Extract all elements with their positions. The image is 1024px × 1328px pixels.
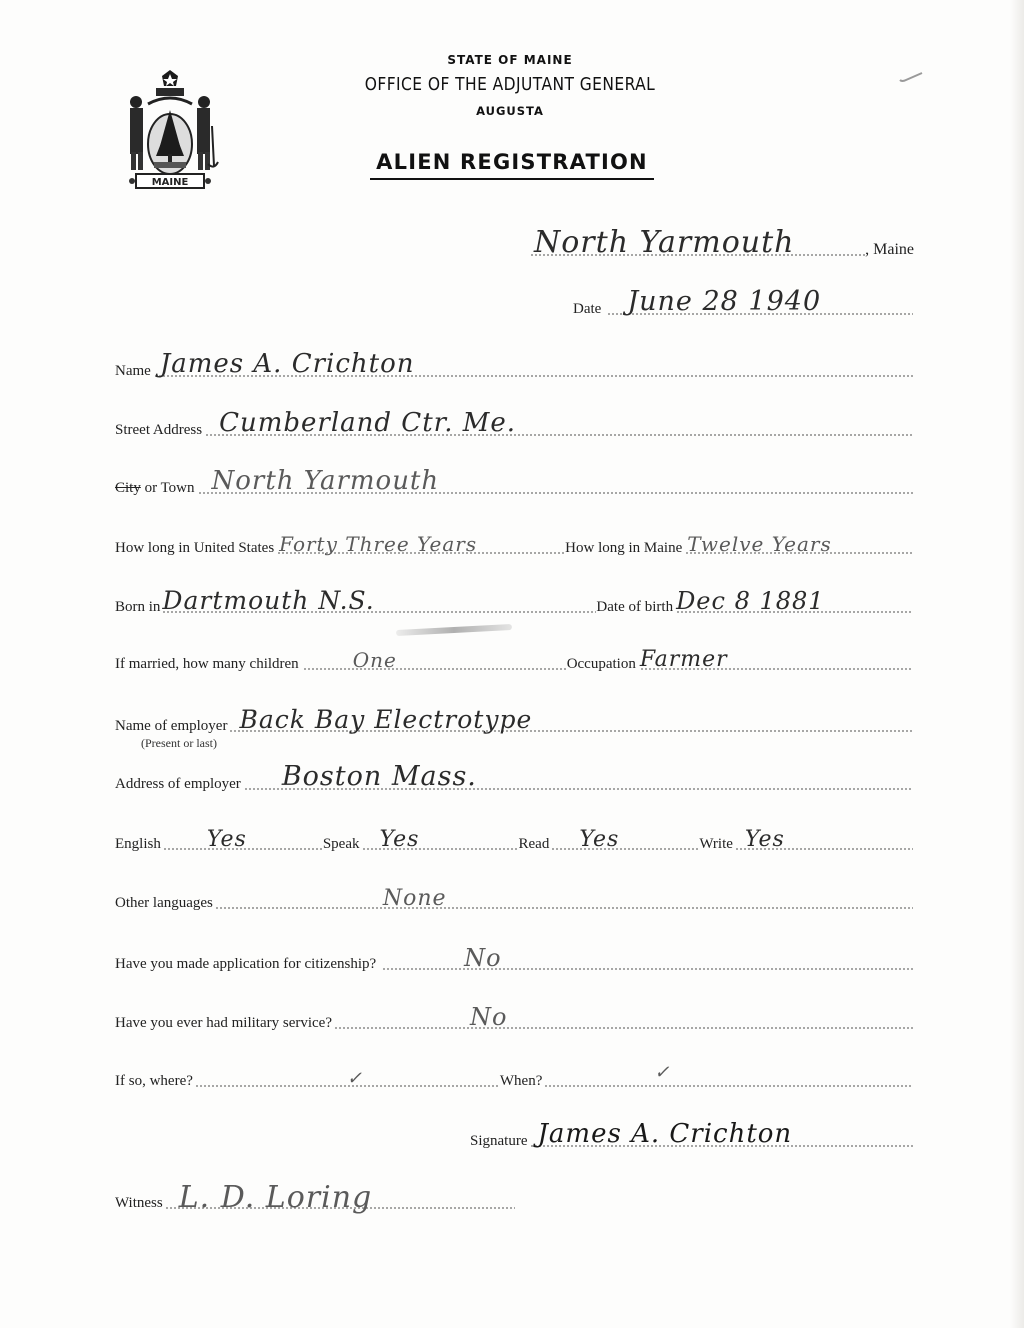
header-state: STATE OF MAINE <box>340 53 680 67</box>
street-address-label: Street Address <box>115 423 202 438</box>
signature-value: James A. Crichton <box>538 1119 793 1149</box>
children-value: One <box>353 648 397 672</box>
date-of-birth-value: Dec 8 1881 <box>676 587 825 615</box>
write-value: Yes <box>745 827 785 852</box>
how-long-maine-value: Twelve Years <box>687 532 832 556</box>
citizenship-field[interactable]: No <box>382 968 913 970</box>
where-when-row: If so, where? ✓ When? ✓ <box>115 1074 913 1089</box>
military-service-label: Have you ever had military service? <box>115 1016 332 1031</box>
children-label: If married, how many children <box>115 657 299 672</box>
citizenship-label: Have you made application for citizenshi… <box>115 957 376 972</box>
date-value: June 28 1940 <box>627 286 821 317</box>
city-field[interactable]: North Yarmouth <box>198 492 913 494</box>
city-label: City or Town <box>115 481 195 496</box>
pencil-mark <box>396 624 512 636</box>
employer-address-row: Address of employer Boston Mass. <box>115 777 913 792</box>
when-check-icon: ✓ <box>654 1062 670 1083</box>
employer-name-field[interactable]: Back Bay Electrotype <box>229 730 913 732</box>
name-field[interactable]: James A. Crichton <box>154 375 913 377</box>
children-field[interactable]: One <box>303 668 567 670</box>
employer-address-value: Boston Mass. <box>282 761 477 792</box>
street-address-row: Street Address Cumberland Ctr. Me. <box>115 423 913 438</box>
name-label: Name <box>115 364 151 379</box>
english-row: English Yes Speak Yes Read Yes Write Yes <box>115 837 913 852</box>
other-languages-label: Other languages <box>115 896 213 911</box>
name-value: James A. Crichton <box>160 349 415 379</box>
form-title: ALIEN REGISTRATION <box>370 150 654 180</box>
when-field[interactable]: ✓ <box>544 1085 913 1087</box>
birth-row: Born in Dartmouth N.S. Date of birth Dec… <box>115 600 913 615</box>
other-languages-value: None <box>383 886 447 911</box>
how-long-maine-label: How long in Maine <box>565 541 682 556</box>
occupation-value: Farmer <box>640 647 728 672</box>
read-field[interactable]: Yes <box>551 848 699 850</box>
street-address-value: Cumberland Ctr. Me. <box>219 408 516 438</box>
city-row: City or Town North Yarmouth <box>115 481 913 496</box>
employer-address-label: Address of employer <box>115 777 241 792</box>
town-field[interactable]: North Yarmouth <box>530 254 865 256</box>
how-long-us-value: Forty Three Years <box>279 532 477 556</box>
write-label: Write <box>699 837 733 852</box>
english-value: Yes <box>207 827 247 852</box>
read-label: Read <box>519 837 550 852</box>
signature-field[interactable]: James A. Crichton <box>530 1145 914 1147</box>
how-long-us-label: How long in United States <box>115 541 274 556</box>
witness-field[interactable]: L. D. Loring <box>165 1207 515 1209</box>
header-city: AUGUSTA <box>340 104 680 118</box>
english-field[interactable]: Yes <box>163 848 323 850</box>
citizenship-value: No <box>464 944 501 972</box>
place-row: North Yarmouth , Maine <box>530 242 914 258</box>
speak-value: Yes <box>380 827 420 852</box>
speak-label: Speak <box>323 837 360 852</box>
signature-row: Signature James A. Crichton <box>470 1134 913 1149</box>
born-in-field[interactable]: Dartmouth N.S. <box>162 611 596 613</box>
employer-name-label: Name of employer (Present or last) <box>115 719 227 734</box>
born-in-label: Born in <box>115 600 160 615</box>
date-of-birth-field[interactable]: Dec 8 1881 <box>676 611 913 613</box>
date-of-birth-label: Date of birth <box>596 600 673 615</box>
header-office: OFFICE OF THE ADJUTANT GENERAL <box>364 74 656 95</box>
speak-field[interactable]: Yes <box>362 848 519 850</box>
witness-label: Witness <box>115 1196 163 1211</box>
employer-address-field[interactable]: Boston Mass. <box>244 788 913 790</box>
military-service-row: Have you ever had military service? No <box>115 1016 913 1031</box>
occupation-label: Occupation <box>567 657 636 672</box>
citizenship-row: Have you made application for citizenshi… <box>115 957 913 972</box>
state-seal-icon: MAINE <box>118 66 222 192</box>
maine-label: , Maine <box>865 242 914 258</box>
when-label: When? <box>500 1074 542 1089</box>
english-label: English <box>115 837 161 852</box>
date-label: Date <box>573 302 601 317</box>
military-service-value: No <box>470 1003 507 1031</box>
how-long-maine-field[interactable]: Twelve Years <box>685 552 913 554</box>
date-row: Date June 28 1940 <box>573 302 913 317</box>
read-value: Yes <box>579 827 619 852</box>
born-in-value: Dartmouth N.S. <box>162 586 374 615</box>
svg-text:MAINE: MAINE <box>152 177 189 188</box>
occupation-field[interactable]: Farmer <box>640 668 913 670</box>
residence-duration-row: How long in United States Forty Three Ye… <box>115 541 913 556</box>
employer-name-value: Back Bay Electrotype <box>239 705 532 734</box>
city-value: North Yarmouth <box>212 466 440 496</box>
signature-label: Signature <box>470 1134 528 1149</box>
name-row: Name James A. Crichton <box>115 364 913 379</box>
employer-name-row: Name of employer (Present or last) Back … <box>115 719 913 734</box>
witness-value: L. D. Loring <box>179 1180 373 1215</box>
military-service-field[interactable]: No <box>334 1027 913 1029</box>
employer-name-sublabel: (Present or last) <box>141 737 217 749</box>
where-label: If so, where? <box>115 1074 193 1089</box>
write-field[interactable]: Yes <box>735 848 913 850</box>
other-languages-field[interactable]: None <box>215 907 913 909</box>
witness-row: Witness L. D. Loring <box>115 1196 515 1211</box>
page-edge-shadow <box>1010 0 1024 1328</box>
date-field[interactable]: June 28 1940 <box>607 313 913 315</box>
where-check-icon: ✓ <box>347 1068 363 1089</box>
town-value: North Yarmouth <box>534 225 794 260</box>
other-languages-row: Other languages None <box>115 896 913 911</box>
where-field[interactable]: ✓ <box>195 1085 500 1087</box>
check-mark-icon <box>898 70 924 84</box>
family-occupation-row: If married, how many children One Occupa… <box>115 657 913 672</box>
street-address-field[interactable]: Cumberland Ctr. Me. <box>205 434 913 436</box>
how-long-us-field[interactable]: Forty Three Years <box>277 552 565 554</box>
